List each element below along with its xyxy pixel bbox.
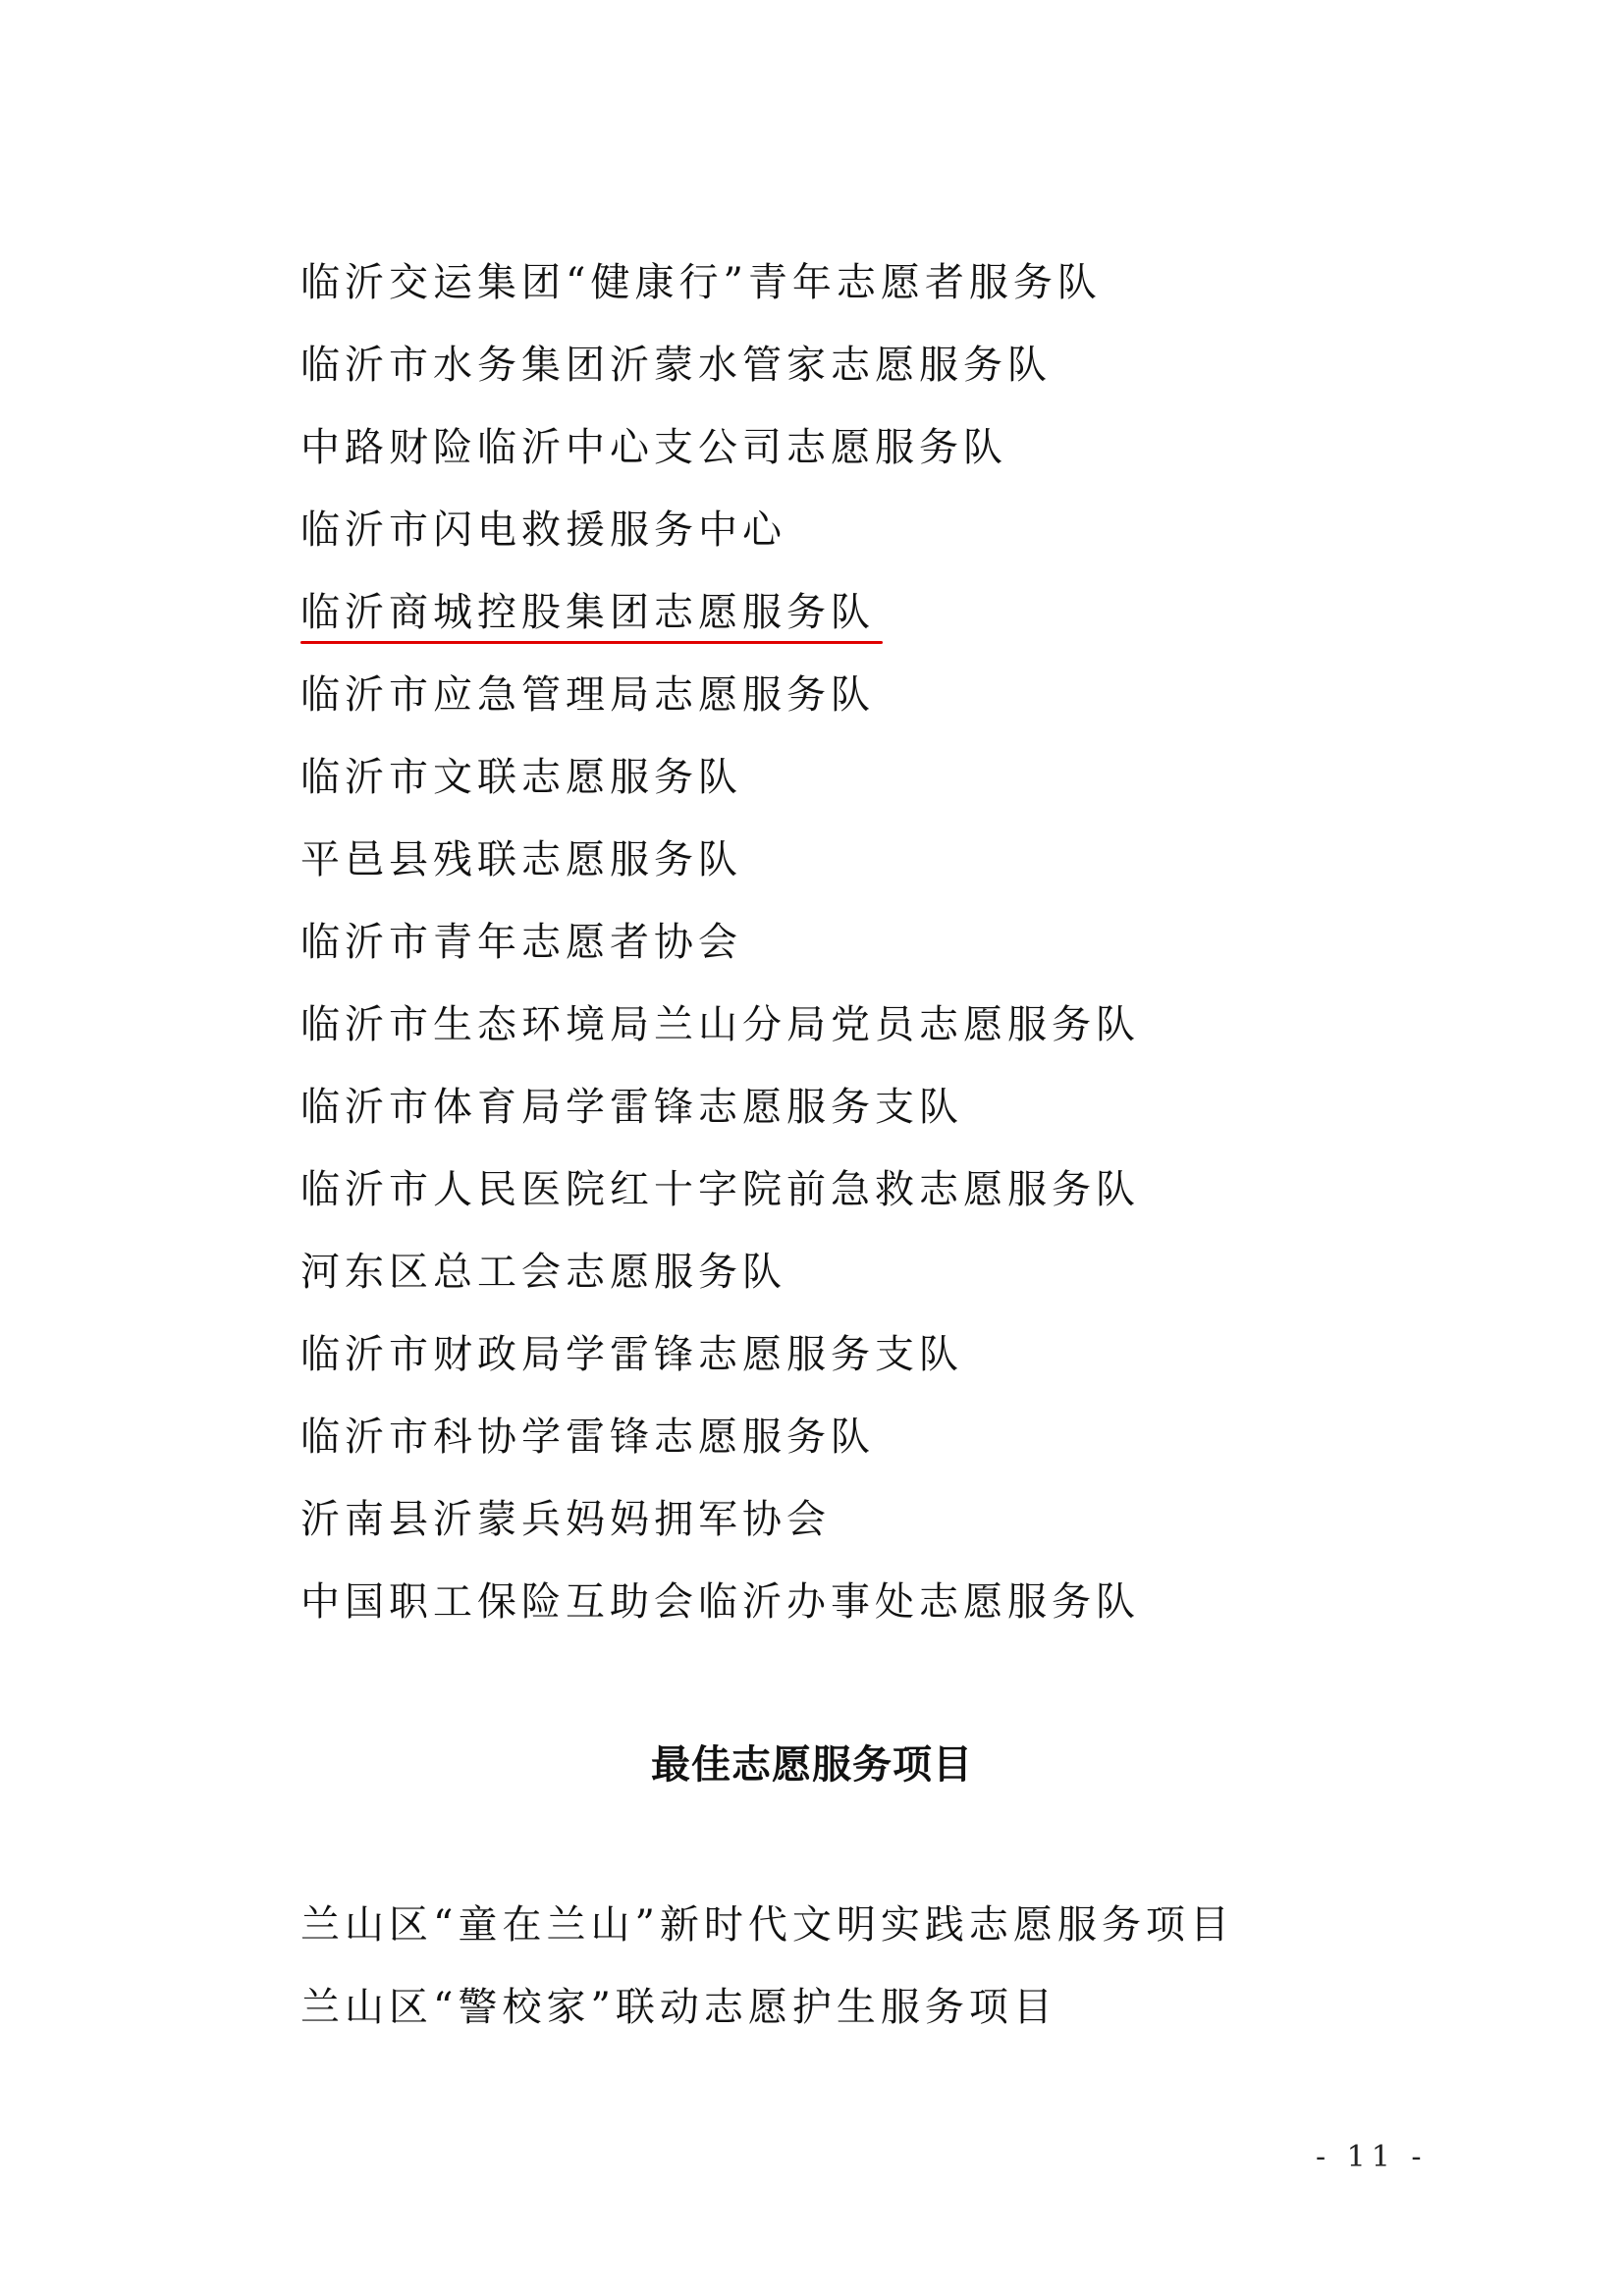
organization-name: 临沂市财政局学雷锋志愿服务支队 — [300, 1329, 963, 1380]
project-name: 兰山区“童在兰山”新时代文明实践志愿服务项目 — [300, 1899, 1234, 1950]
organization-name: 临沂市应急管理局志愿服务队 — [300, 669, 875, 721]
list-item: 临沂市人民医院红十字院前急救志愿服务队 — [300, 1164, 1140, 1247]
list-item: 临沂市应急管理局志愿服务队 — [300, 669, 1140, 752]
organization-name: 临沂市生态环境局兰山分局党员志愿服务队 — [300, 999, 1140, 1050]
list-item: 临沂市青年志愿者协会 — [300, 917, 1140, 999]
list-item: 兰山区“童在兰山”新时代文明实践志愿服务项目 — [300, 1899, 1234, 1982]
organization-name: 临沂市青年志愿者协会 — [300, 917, 742, 968]
page-number: - 11 - — [1316, 2140, 1428, 2174]
list-item: 临沂市科协学雷锋志愿服务队 — [300, 1412, 1140, 1494]
organization-list: 临沂交运集团“健康行”青年志愿者服务队 临沂市水务集团沂蒙水管家志愿服务队 中路… — [300, 257, 1140, 1659]
project-name: 兰山区“警校家”联动志愿护生服务项目 — [300, 1982, 1057, 2033]
list-item: 沂南县沂蒙兵妈妈拥军协会 — [300, 1494, 1140, 1576]
list-item: 临沂市财政局学雷锋志愿服务支队 — [300, 1329, 1140, 1412]
organization-name: 沂南县沂蒙兵妈妈拥军协会 — [300, 1494, 831, 1545]
organization-name: 临沂市文联志愿服务队 — [300, 752, 742, 803]
list-item: 临沂市闪电救援服务中心 — [300, 505, 1140, 587]
organization-name: 平邑县残联志愿服务队 — [300, 834, 742, 885]
list-item: 兰山区“警校家”联动志愿护生服务项目 — [300, 1982, 1234, 2064]
list-item: 中国职工保险互助会临沂办事处志愿服务队 — [300, 1576, 1140, 1659]
list-item: 中路财险临沂中心支公司志愿服务队 — [300, 422, 1140, 505]
document-page: 临沂交运集团“健康行”青年志愿者服务队 临沂市水务集团沂蒙水管家志愿服务队 中路… — [0, 0, 1624, 2296]
organization-name: 河东区总工会志愿服务队 — [300, 1247, 786, 1298]
section-heading: 最佳志愿服务项目 — [0, 1734, 1624, 1789]
list-item: 临沂交运集团“健康行”青年志愿者服务队 — [300, 257, 1140, 340]
list-item: 平邑县残联志愿服务队 — [300, 834, 1140, 917]
organization-name: 中国职工保险互助会临沂办事处志愿服务队 — [300, 1576, 1140, 1628]
organization-name: 临沂市体育局学雷锋志愿服务支队 — [300, 1082, 963, 1133]
organization-name: 中路财险临沂中心支公司志愿服务队 — [300, 422, 1007, 473]
organization-name-underlined: 临沂商城控股集团志愿服务队 — [300, 587, 875, 638]
list-item: 河东区总工会志愿服务队 — [300, 1247, 1140, 1329]
organization-name: 临沂市科协学雷锋志愿服务队 — [300, 1412, 875, 1463]
list-item: 临沂市体育局学雷锋志愿服务支队 — [300, 1082, 1140, 1164]
list-item: 临沂市水务集团沂蒙水管家志愿服务队 — [300, 340, 1140, 422]
list-item: 临沂市生态环境局兰山分局党员志愿服务队 — [300, 999, 1140, 1082]
organization-name: 临沂市水务集团沂蒙水管家志愿服务队 — [300, 340, 1052, 391]
project-list: 兰山区“童在兰山”新时代文明实践志愿服务项目 兰山区“警校家”联动志愿护生服务项… — [300, 1899, 1234, 2064]
list-item: 临沂市文联志愿服务队 — [300, 752, 1140, 834]
organization-name: 临沂市闪电救援服务中心 — [300, 505, 786, 556]
list-item-highlighted: 临沂商城控股集团志愿服务队 — [300, 587, 1140, 669]
organization-name: 临沂交运集团“健康行”青年志愿者服务队 — [300, 257, 1102, 308]
organization-name: 临沂市人民医院红十字院前急救志愿服务队 — [300, 1164, 1140, 1215]
